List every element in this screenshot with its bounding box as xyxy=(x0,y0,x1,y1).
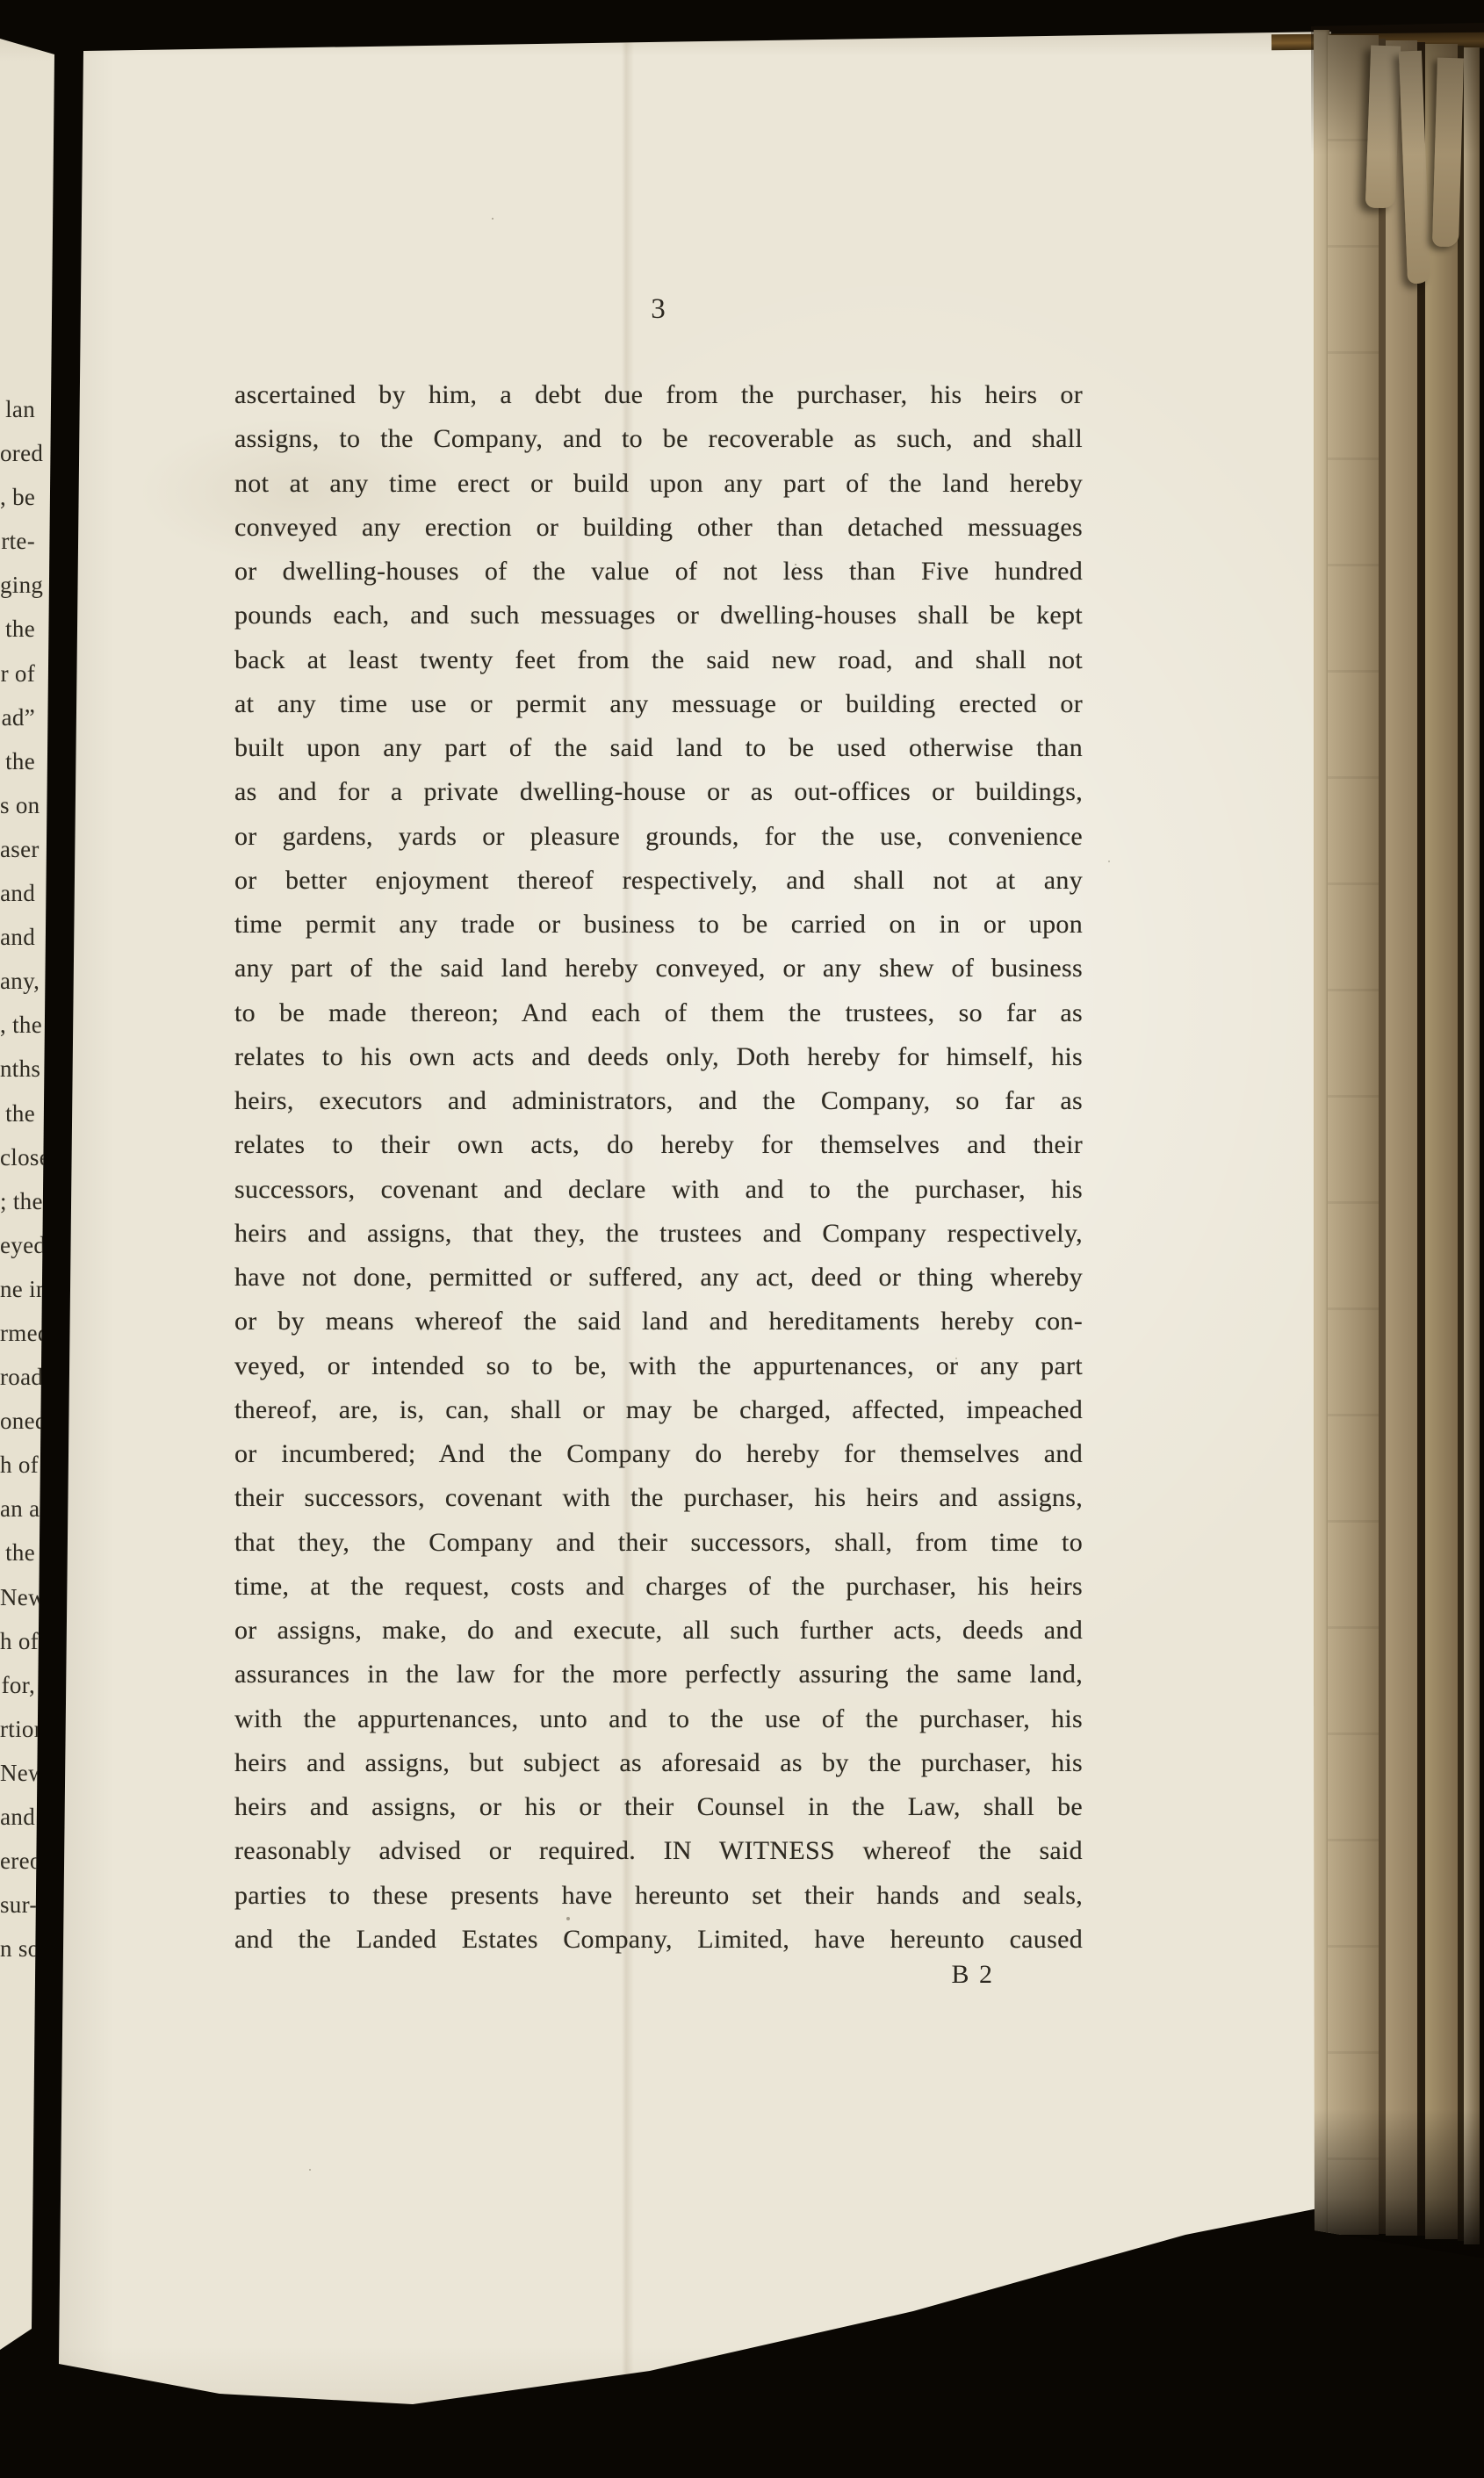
text-line: any part of the said land hereby conveye… xyxy=(234,947,1083,990)
text-line: or better enjoyment thereof respectively… xyxy=(234,859,1083,903)
facing-page-text-fragment: nths xyxy=(0,1047,35,1091)
text-line: assurances in the law for the more perfe… xyxy=(234,1653,1083,1696)
facing-page-text-fragment: and xyxy=(0,915,35,959)
facing-page-text-fragment: r of xyxy=(0,652,35,695)
facing-page-text-fragment: sur- xyxy=(0,1883,35,1927)
text-line: with the appurtenances, unto and to the … xyxy=(234,1697,1083,1741)
facing-page-text-fragment: and xyxy=(0,871,35,915)
page-number: 3 xyxy=(234,293,1083,326)
text-line: veyed, or intended so to be, with the ap… xyxy=(234,1344,1083,1388)
paper-specks xyxy=(0,0,2,2)
facing-page-text-fragment: any, xyxy=(0,959,35,1003)
text-line: or gardens, yards or pleasure grounds, f… xyxy=(234,815,1083,859)
text-line: or dwelling-houses of the value of not l… xyxy=(234,550,1083,594)
facing-page-text-fragment: aser xyxy=(0,827,35,871)
text-line: have not done, permitted or suffered, an… xyxy=(234,1256,1083,1300)
facing-page-text-fragment: n so xyxy=(0,1927,35,1970)
text-line: relates to his own acts and deeds only, … xyxy=(234,1035,1083,1079)
text-line: thereof, are, is, can, shall or may be c… xyxy=(234,1388,1083,1432)
facing-page-text-fragment: rtion xyxy=(0,1707,35,1751)
text-line: heirs and assigns, but subject as afores… xyxy=(234,1741,1083,1785)
text-line: that they, the Company and their success… xyxy=(234,1521,1083,1565)
facing-page-text-fragment: the xyxy=(0,739,35,783)
facing-page-text-fragment: road xyxy=(0,1355,35,1399)
facing-page-text-fragment: ored xyxy=(0,431,35,475)
facing-page-text-fragment: close xyxy=(0,1135,35,1179)
facing-page-text-fragment: s on xyxy=(0,783,35,827)
text-line: their successors, covenant with the purc… xyxy=(234,1476,1083,1520)
text-line: or by means whereof the said land and he… xyxy=(234,1300,1083,1343)
text-line: relates to their own acts, do hereby for… xyxy=(234,1123,1083,1167)
facing-page-text-fragment: , the xyxy=(0,1003,35,1047)
text-line: heirs and assigns, that they, the truste… xyxy=(234,1212,1083,1256)
facing-page-text-fragment: oned xyxy=(0,1399,35,1443)
facing-page-text-fragment: rte- xyxy=(0,519,35,563)
fore-edge-shading xyxy=(1311,23,1484,2258)
deed-text-block: ascertained by him, a debt due from the … xyxy=(234,373,1083,1962)
text-line: back at least twenty feet from the said … xyxy=(234,638,1083,682)
facing-page-text-fragment: New xyxy=(0,1751,35,1795)
book-page: 3 ascertained by him, a debt due from th… xyxy=(0,0,1484,2478)
facing-page-text-fragment: lan xyxy=(0,387,35,431)
facing-page-text-fragment: New xyxy=(0,1575,35,1619)
facing-page-text-column: lanored, berte-gingther ofad”thes onaser… xyxy=(0,387,39,1970)
text-line: ascertained by him, a debt due from the … xyxy=(234,373,1083,417)
text-line: parties to these presents have hereunto … xyxy=(234,1874,1083,1918)
facing-page-text-fragment: an a xyxy=(0,1487,35,1531)
facing-page-text-fragment: ging xyxy=(0,563,35,607)
facing-page-text-fragment: , be xyxy=(0,475,35,519)
facing-page-text-fragment: eyed, xyxy=(0,1223,35,1267)
text-line: heirs and assigns, or his or their Couns… xyxy=(234,1785,1083,1829)
facing-page-text-fragment: rmed xyxy=(0,1311,35,1355)
text-line: to be made thereon; And each of them the… xyxy=(234,991,1083,1035)
facing-page-text-fragment: ; the xyxy=(0,1179,35,1223)
text-line: reasonably advised or required. IN WITNE… xyxy=(234,1829,1083,1873)
text-line: or assigns, make, do and execute, all su… xyxy=(234,1609,1083,1653)
facing-page-text-fragment: ereof xyxy=(0,1839,35,1883)
text-line: built upon any part of the said land to … xyxy=(234,726,1083,770)
facing-page-text-fragment: and xyxy=(0,1795,35,1839)
text-line: pounds each, and such messuages or dwell… xyxy=(234,594,1083,638)
facing-page-text-fragment: ad” xyxy=(0,695,35,739)
text-line: assigns, to the Company, and to be recov… xyxy=(234,417,1083,461)
text-line: time, at the request, costs and charges … xyxy=(234,1565,1083,1609)
facing-page-text-fragment: ne in xyxy=(0,1267,35,1311)
book-scan-photo: lanored, berte-gingther ofad”thes onaser… xyxy=(0,0,1484,2478)
facing-page-text-fragment: h of xyxy=(0,1619,35,1663)
facing-page-text-fragment: the xyxy=(0,607,35,651)
signature-mark: B 2 xyxy=(234,1960,994,1990)
text-line: as and for a private dwelling-house or a… xyxy=(234,770,1083,814)
text-line: or incumbered; And the Company do hereby… xyxy=(234,1432,1083,1476)
facing-page-text-fragment: for, xyxy=(0,1663,35,1707)
facing-page-text-fragment: the xyxy=(0,1091,35,1135)
text-line: and the Landed Estates Company, Limited,… xyxy=(234,1918,1083,1962)
text-line: conveyed any erection or building other … xyxy=(234,506,1083,550)
facing-page-text-fragment: the xyxy=(0,1531,35,1574)
facing-page-text-fragment: h of xyxy=(0,1443,35,1487)
text-line: heirs, executors and administrators, and… xyxy=(234,1079,1083,1123)
text-line: successors, covenant and declare with an… xyxy=(234,1168,1083,1212)
text-line: time permit any trade or business to be … xyxy=(234,903,1083,947)
text-line: not at any time erect or build upon any … xyxy=(234,462,1083,506)
text-line: at any time use or permit any messuage o… xyxy=(234,682,1083,726)
